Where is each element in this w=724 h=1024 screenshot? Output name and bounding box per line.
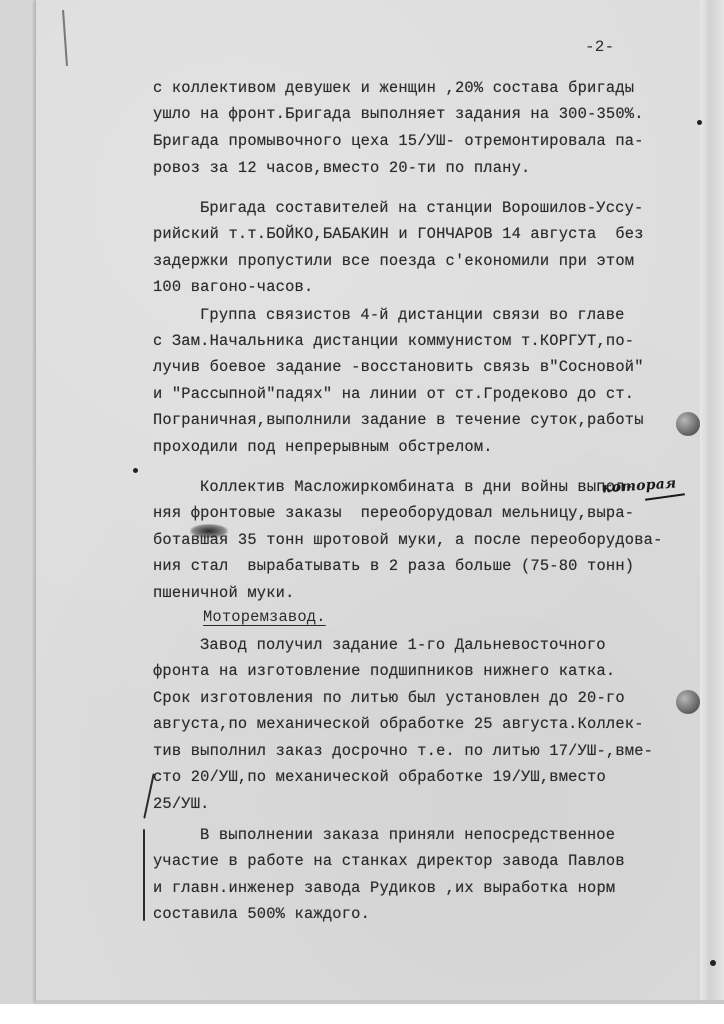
text-line: фронта на изготовление подшипников нижне… [153,662,615,680]
text-line: В выполнении заказа приняли непосредстве… [200,826,615,844]
ink-speck [710,960,716,966]
text-line: составила 500% каждого. [153,905,370,923]
text-line: няя фронтовые заказы переоборудовал мель… [153,504,634,522]
text-line: Бригада промывочного цеха 15/УШ- отремон… [153,132,644,150]
punch-hole [676,412,700,436]
text-line: 25/УШ. [153,795,210,813]
text-line: Бригада составителей на станции Ворошило… [200,199,644,217]
text-line: участие в работе на станках директор зав… [153,852,625,870]
text-line: задержки пропустили все поезда с'економи… [153,252,634,270]
text-line: рийский т.т.БОЙКО,БАБАКИН и ГОНЧАРОВ 14 … [153,225,644,243]
page-bottom-edge [36,1000,724,1004]
text-line: пшеничной муки. [153,584,295,602]
text-line: лучив боевое задание -восстановить связь… [153,358,644,376]
text-line: 100 вагоно-часов. [153,278,313,296]
section-heading: Моторемзавод. [203,608,326,626]
ink-speck [697,120,702,125]
page-number: -2- [585,38,614,56]
text-line: Срок изготовления по литью был установле… [153,689,625,707]
text-line: с коллективом девушек и женщин ,20% сост… [153,79,634,97]
text-line: с Зам.Начальника дистанции коммунистом т… [153,332,634,350]
text-line: августа,по механической обработке 25 авг… [153,715,644,733]
text-line: ния стал вырабатывать в 2 раза больше (7… [153,557,634,575]
text-line: ушло на фронт.Бригада выполняет задания … [153,105,644,123]
margin-bracket [143,829,145,921]
page-edge-strip [700,0,724,1003]
text-line: ровоз за 12 часов,вместо 20-ти по плану. [153,159,530,177]
punch-hole [676,690,700,714]
text-line: проходили под непрерывным обстрелом. [153,438,493,456]
ink-speck [133,468,138,473]
text-line: сто 20/УШ,по механической обработке 19/У… [153,768,606,786]
text-line: ботавшая 35 тонн шротовой муки, а после … [153,531,663,549]
text-line: Завод получил задание 1-го Дальневосточн… [200,636,606,654]
text-line: Группа связистов 4-й дистанции связи во … [200,306,625,324]
handwritten-correction [190,524,228,538]
text-line: и главн.инженер завода Рудиков ,их выраб… [153,879,615,897]
text-line: Коллектив Масложиркомбината в дни войны … [200,478,634,496]
text-line: тив выполнил заказ досрочно т.е. по лить… [153,742,653,760]
text-line: Пограничная,выполнили задание в течение … [153,411,644,429]
text-line: и "Рассыпной"падях" на линии от ст.Гроде… [153,385,634,403]
